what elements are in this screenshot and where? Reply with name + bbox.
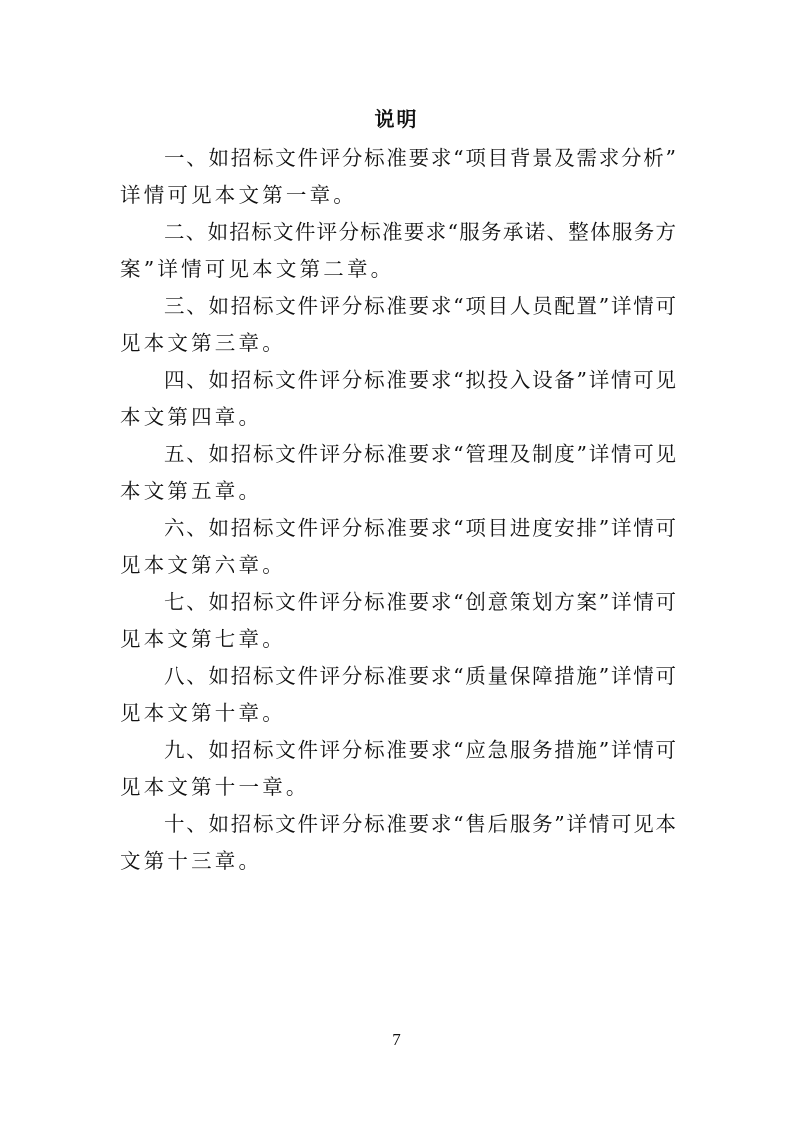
paragraph-8: 八、如招标文件评分标准要求“质量保障措施”详情可 见本文第十章。 <box>120 658 676 732</box>
paragraph-line: 见本文第七章。 <box>120 621 676 658</box>
paragraph-line: 八、如招标文件评分标准要求“质量保障措施”详情可 <box>120 658 676 695</box>
document-body: 一、如招标文件评分标准要求“项目背景及需求分析” 详情可见本文第一章。 二、如招… <box>120 140 676 880</box>
paragraph-line: 见本文第十一章。 <box>120 769 676 806</box>
paragraph-line: 十、如招标文件评分标准要求“售后服务”详情可见本 <box>120 806 676 843</box>
page-number: 7 <box>0 1030 793 1050</box>
paragraph-line: 九、如招标文件评分标准要求“应急服务措施”详情可 <box>120 732 676 769</box>
paragraph-line: 一、如招标文件评分标准要求“项目背景及需求分析” <box>120 140 676 177</box>
paragraph-line: 三、如招标文件评分标准要求“项目人员配置”详情可 <box>120 288 676 325</box>
paragraph-7: 七、如招标文件评分标准要求“创意策划方案”详情可 见本文第七章。 <box>120 584 676 658</box>
paragraph-4: 四、如招标文件评分标准要求“拟投入设备”详情可见 本文第四章。 <box>120 362 676 436</box>
paragraph-line: 本文第五章。 <box>120 473 676 510</box>
paragraph-line: 四、如招标文件评分标准要求“拟投入设备”详情可见 <box>120 362 676 399</box>
paragraph-1: 一、如招标文件评分标准要求“项目背景及需求分析” 详情可见本文第一章。 <box>120 140 676 214</box>
paragraph-10: 十、如招标文件评分标准要求“售后服务”详情可见本 文第十三章。 <box>120 806 676 880</box>
paragraph-line: 七、如招标文件评分标准要求“创意策划方案”详情可 <box>120 584 676 621</box>
paragraph-9: 九、如招标文件评分标准要求“应急服务措施”详情可 见本文第十一章。 <box>120 732 676 806</box>
paragraph-line: 六、如招标文件评分标准要求“项目进度安排”详情可 <box>120 510 676 547</box>
paragraph-line: 见本文第三章。 <box>120 325 676 362</box>
paragraph-line: 见本文第十章。 <box>120 695 676 732</box>
paragraph-2: 二、如招标文件评分标准要求“服务承诺、整体服务方 案”详情可见本文第二章。 <box>120 214 676 288</box>
paragraph-5: 五、如招标文件评分标准要求“管理及制度”详情可见 本文第五章。 <box>120 436 676 510</box>
paragraph-line: 案”详情可见本文第二章。 <box>120 251 676 288</box>
paragraph-line: 二、如招标文件评分标准要求“服务承诺、整体服务方 <box>120 214 676 251</box>
paragraph-line: 文第十三章。 <box>120 843 676 880</box>
paragraph-6: 六、如招标文件评分标准要求“项目进度安排”详情可 见本文第六章。 <box>120 510 676 584</box>
paragraph-line: 见本文第六章。 <box>120 547 676 584</box>
paragraph-line: 五、如招标文件评分标准要求“管理及制度”详情可见 <box>120 436 676 473</box>
document-title: 说明 <box>0 104 793 134</box>
paragraph-line: 详情可见本文第一章。 <box>120 177 676 214</box>
paragraph-line: 本文第四章。 <box>120 399 676 436</box>
paragraph-3: 三、如招标文件评分标准要求“项目人员配置”详情可 见本文第三章。 <box>120 288 676 362</box>
